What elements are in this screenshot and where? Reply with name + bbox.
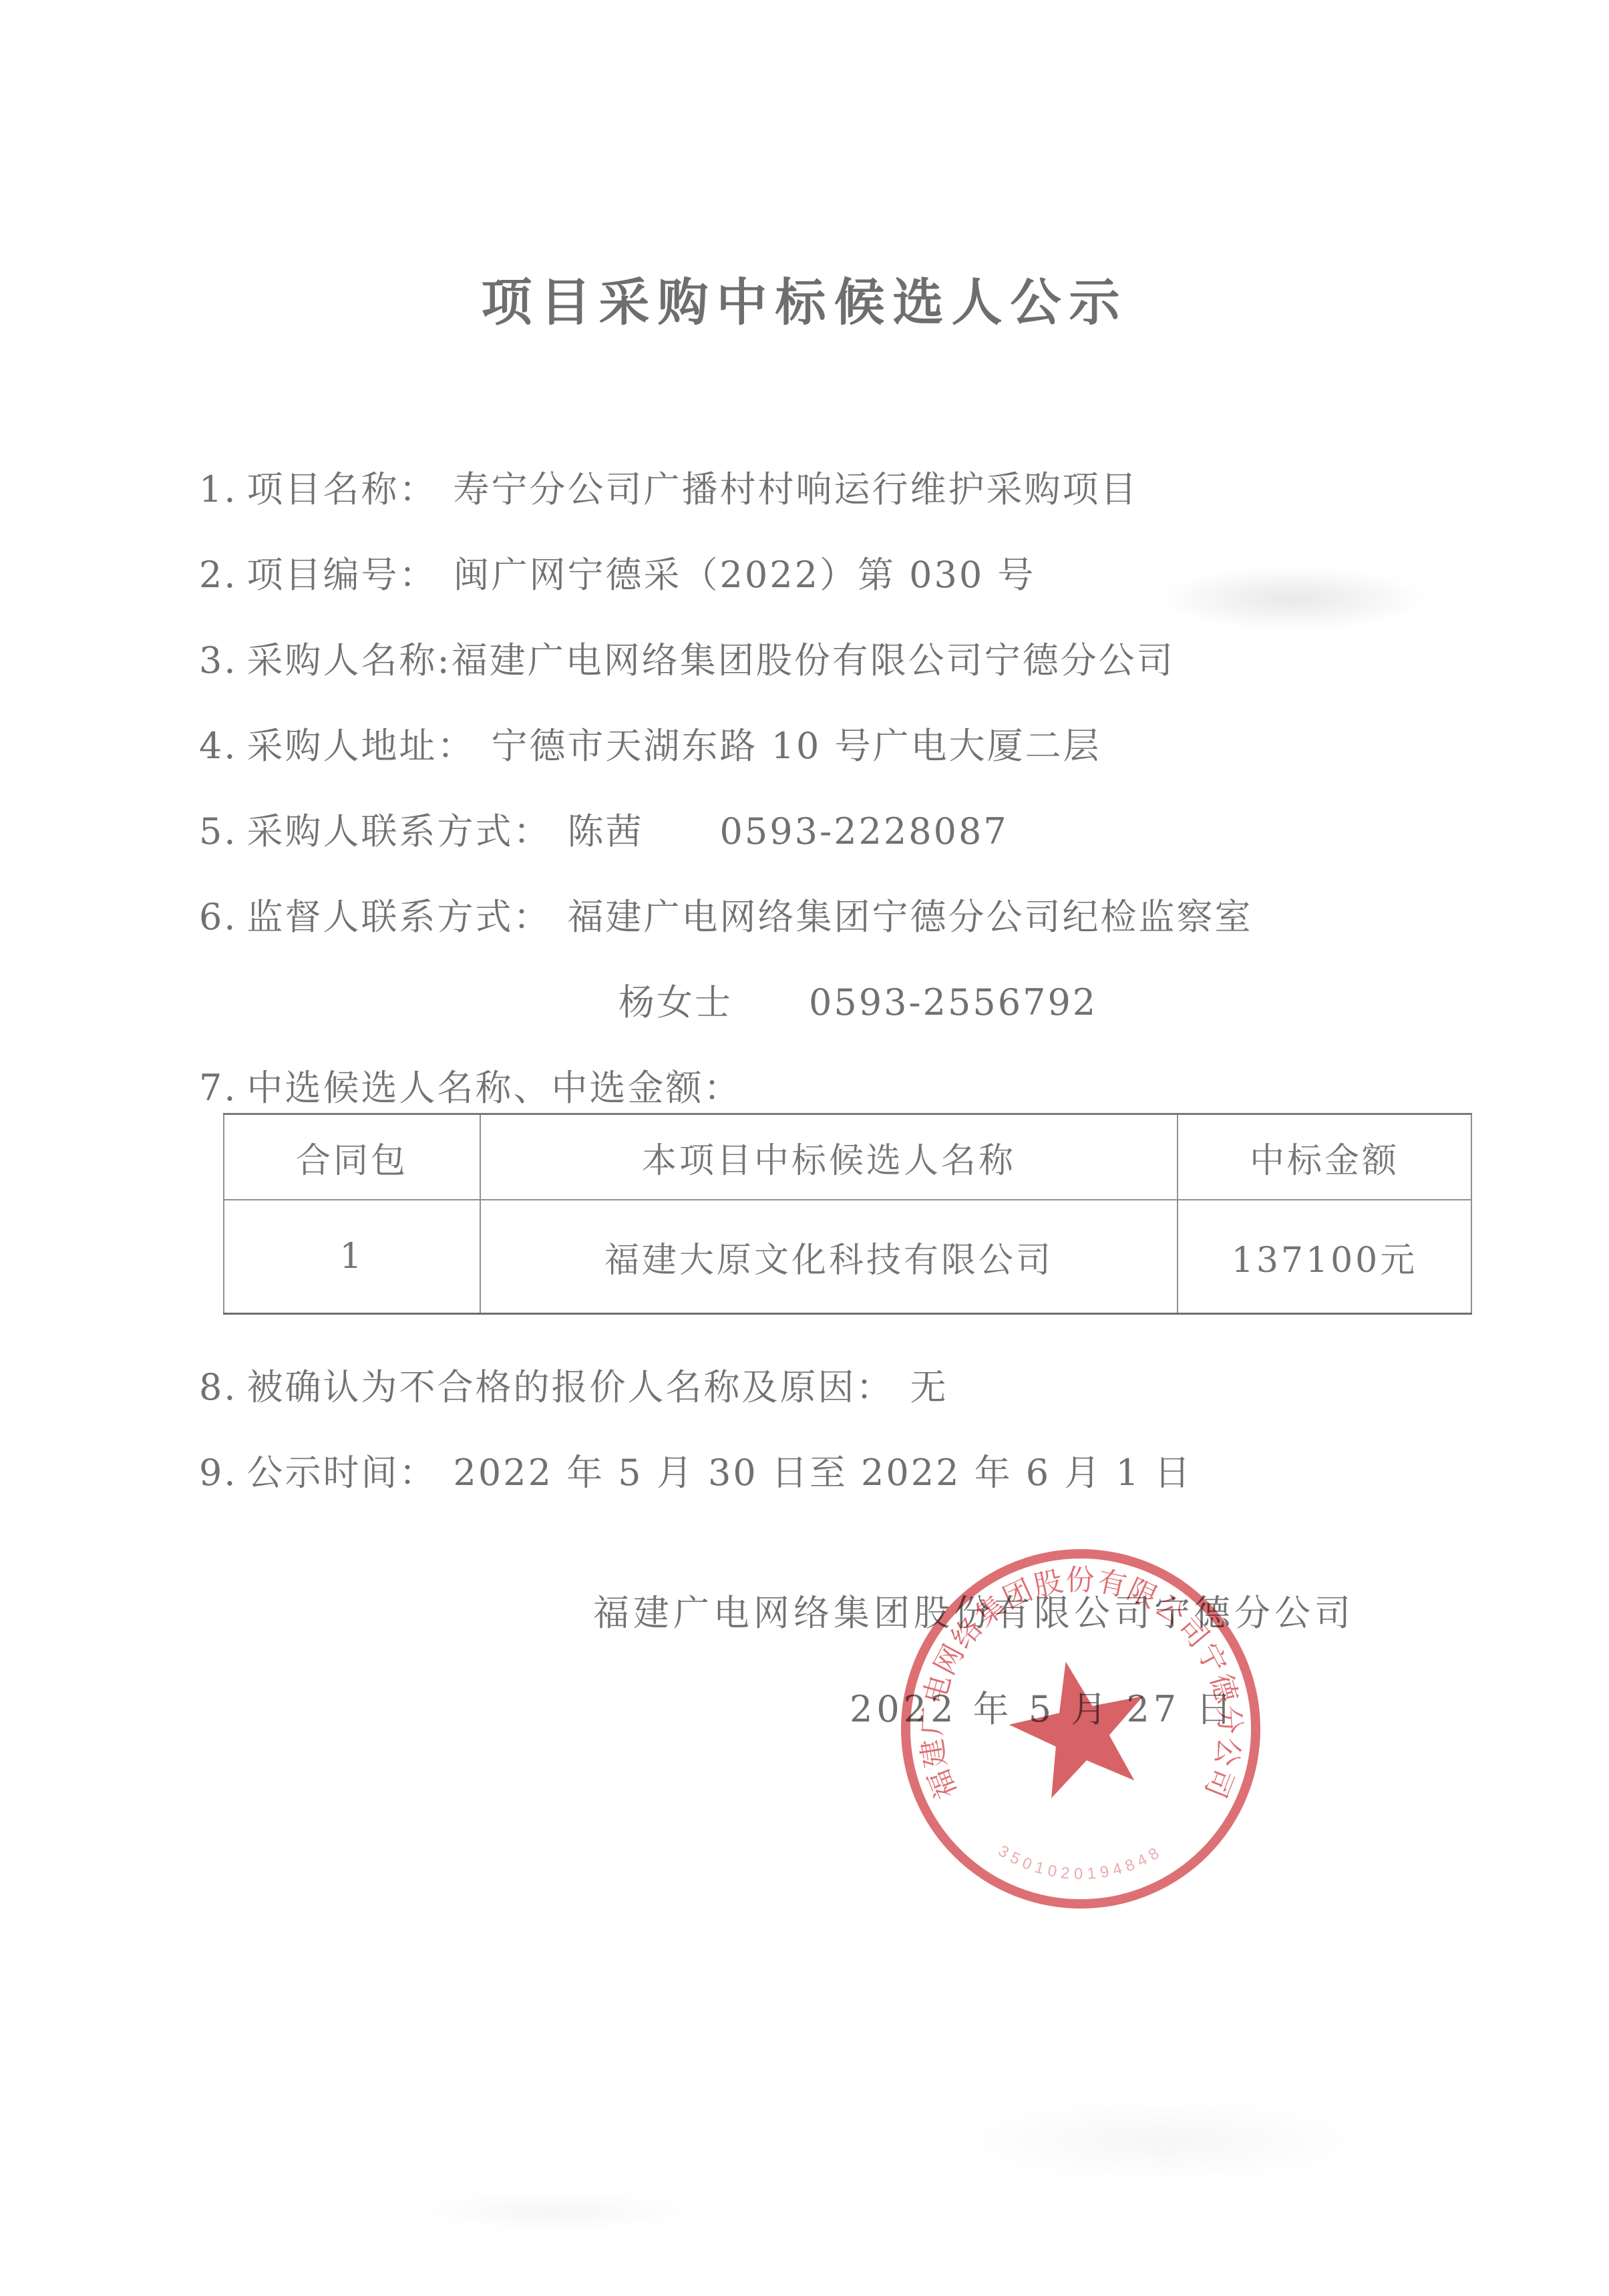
item-label: 采购人地址： [247, 725, 476, 767]
bid-candidates-table: 合同包 本项目中标候选人名称 中标金额 1 福建大原文化科技有限公司 13710… [223, 1113, 1472, 1315]
item-number: 1. [199, 468, 238, 510]
item-label: 项目名称： [247, 468, 437, 510]
item-label: 公示时间： [247, 1452, 437, 1494]
item-value: 陈茜 0593-2228087 [568, 810, 1009, 852]
item-value: 寿宁分公司广播村村响运行维护采购项目 [454, 468, 1139, 510]
item-continuation: 杨女士 0593-2556792 [199, 981, 1455, 1025]
item-label: 被确认为不合格的报价人名称及原因： [247, 1366, 894, 1408]
item-value: 福建广电网络集团股份有限公司宁德分公司 [452, 639, 1175, 681]
item-number: 8. [199, 1366, 238, 1408]
list-item: 7.中选候选人名称、中选金额： [199, 1066, 1455, 1110]
official-seal: 福建广电网络集团股份有限公司宁德分公司 3501020194848 [894, 1542, 1268, 1916]
list-item: 4.采购人地址：宁德市天湖东路 10 号广电大厦二层 [199, 724, 1455, 768]
list-item: 2.项目编号：闽广网宁德采（2022）第 030 号 [199, 553, 1455, 597]
item-label: 中选候选人名称、中选金额： [247, 1067, 742, 1109]
item-number: 7. [199, 1067, 238, 1109]
list-item: 8.被确认为不合格的报价人名称及原因：无 [199, 1365, 1455, 1410]
item-number: 6. [199, 896, 238, 938]
table-header-amount: 中标金额 [1178, 1114, 1471, 1200]
table-header-row: 合同包 本项目中标候选人名称 中标金额 [224, 1114, 1471, 1200]
cell-candidate: 福建大原文化科技有限公司 [480, 1200, 1178, 1314]
item-value: 无 [910, 1366, 948, 1408]
item-number: 2. [199, 554, 238, 596]
item-label: 采购人联系方式： [247, 810, 552, 852]
item-number: 9. [199, 1452, 238, 1494]
star-icon [1009, 1661, 1143, 1798]
item-value: 闽广网宁德采（2022）第 030 号 [454, 554, 1036, 596]
item-label: 监督人联系方式： [247, 896, 552, 938]
item-value: 福建广电网络集团宁德分公司纪检监察室 [568, 896, 1253, 938]
item-label: 项目编号： [247, 554, 437, 596]
cell-package: 1 [224, 1200, 480, 1314]
item-value: 宁德市天湖东路 10 号广电大厦二层 [492, 725, 1101, 767]
document-page: 项目采购中标候选人公示 1.项目名称：寿宁分公司广播村村响运行维护采购项目 2.… [0, 0, 1609, 2296]
table-header-package: 合同包 [224, 1114, 480, 1200]
numbered-list: 1.项目名称：寿宁分公司广播村村响运行维护采购项目 2.项目编号：闽广网宁德采（… [199, 468, 1455, 1536]
list-item: 1.项目名称：寿宁分公司广播村村响运行维护采购项目 [199, 468, 1455, 512]
list-item: 5.采购人联系方式：陈茜 0593-2228087 [199, 810, 1455, 854]
item-number: 4. [199, 725, 238, 767]
cell-amount: 137100元 [1178, 1200, 1471, 1314]
item-number: 3. [199, 639, 238, 681]
item-number: 5. [199, 810, 238, 852]
official-seal-graphic: 福建广电网络集团股份有限公司宁德分公司 3501020194848 [894, 1542, 1268, 1916]
item-label: 采购人名称: [247, 639, 452, 681]
table-row: 1 福建大原文化科技有限公司 137100元 [224, 1200, 1471, 1314]
list-item: 9.公示时间：2022 年 5 月 30 日至 2022 年 6 月 1 日 [199, 1451, 1455, 1495]
list-item: 3.采购人名称:福建广电网络集团股份有限公司宁德分公司 [199, 639, 1455, 683]
item-value: 2022 年 5 月 30 日至 2022 年 6 月 1 日 [454, 1452, 1192, 1494]
list-item: 6.监督人联系方式：福建广电网络集团宁德分公司纪检监察室 杨女士 0593-25… [199, 895, 1455, 1025]
scan-smudge [955, 2098, 1369, 2184]
table-header-candidate: 本项目中标候选人名称 [480, 1114, 1178, 1200]
scan-smudge [407, 2191, 701, 2231]
seal-serial-number: 3501020194848 [995, 1842, 1166, 1883]
page-title: 项目采购中标候选人公示 [0, 262, 1609, 335]
